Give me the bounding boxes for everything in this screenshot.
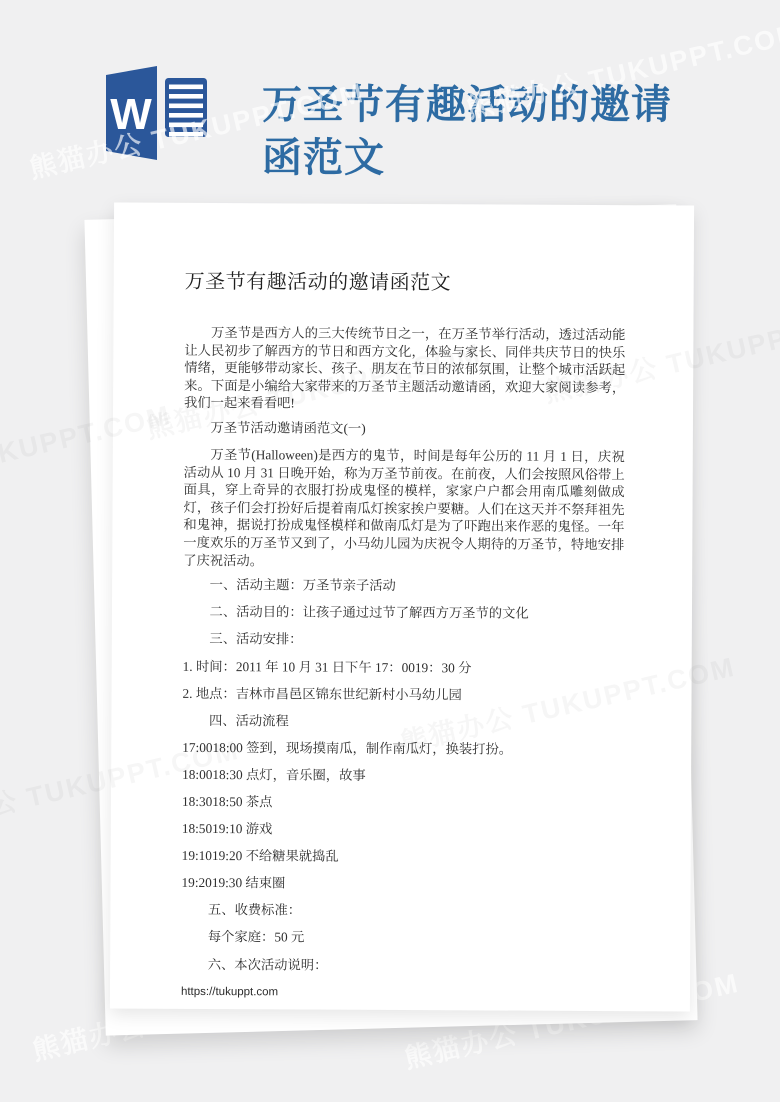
doc-paragraph: 万圣节是西方人的三大传统节日之一，在万圣节举行活动，透过活动能让人民初步了解西方… — [184, 324, 625, 414]
doc-line: 18:3018:50 茶点 — [182, 793, 623, 813]
word-icon-letter: W — [110, 90, 152, 139]
doc-line: 19:1019:20 不给糖果就捣乱 — [182, 847, 623, 867]
preview-header: W 万圣节有趣活动的邀请函范文 — [0, 0, 780, 200]
doc-paragraph: 万圣节(Halloween)是西方的鬼节，时间是每年公历的 11 月 1 日，庆… — [183, 446, 625, 571]
doc-line: 18:0018:30 点灯，音乐圈，故事 — [182, 766, 623, 786]
doc-line: 一、活动主题：万圣节亲子活动 — [183, 576, 624, 596]
doc-line: 19:2019:30 结束圈 — [182, 874, 623, 894]
doc-line: 1. 时间：2011 年 10 月 31 日下午 17：0019：30 分 — [183, 657, 624, 677]
paper-page-front: 万圣节有趣活动的邀请函范文 万圣节是西方人的三大传统节日之一，在万圣节举行活动，… — [110, 202, 694, 1011]
document-footer-url: https://tukuppt.com — [181, 986, 622, 1000]
document-title: 万圣节有趣活动的邀请函范文 — [185, 269, 626, 297]
doc-line: 万圣节活动邀请函范文(一) — [184, 419, 625, 439]
doc-line: 18:5019:10 游戏 — [182, 820, 623, 840]
doc-line: 二、活动目的：让孩子通过过节了解西方万圣节的文化 — [183, 603, 624, 623]
word-icon: W — [104, 62, 209, 164]
doc-line: 三、活动安排： — [183, 630, 624, 650]
document-body: 万圣节是西方人的三大传统节日之一，在万圣节举行活动，透过活动能让人民初步了解西方… — [181, 324, 625, 975]
doc-line: 2. 地点：吉林市昌邑区锦东世纪新村小马幼儿园 — [182, 684, 623, 704]
document-content: 万圣节有趣活动的邀请函范文 万圣节是西方人的三大传统节日之一，在万圣节举行活动，… — [110, 202, 694, 1011]
doc-line: 四、活动流程 — [182, 712, 623, 732]
doc-line: 17:0018:00 签到，现场摸南瓜，制作南瓜灯，换装打扮。 — [182, 739, 623, 759]
doc-line: 每个家庭：50 元 — [181, 928, 622, 948]
doc-line: 五、收费标准： — [181, 901, 622, 921]
page-title: 万圣节有趣活动的邀请函范文 — [262, 79, 694, 185]
doc-line: 六、本次活动说明： — [181, 955, 622, 975]
